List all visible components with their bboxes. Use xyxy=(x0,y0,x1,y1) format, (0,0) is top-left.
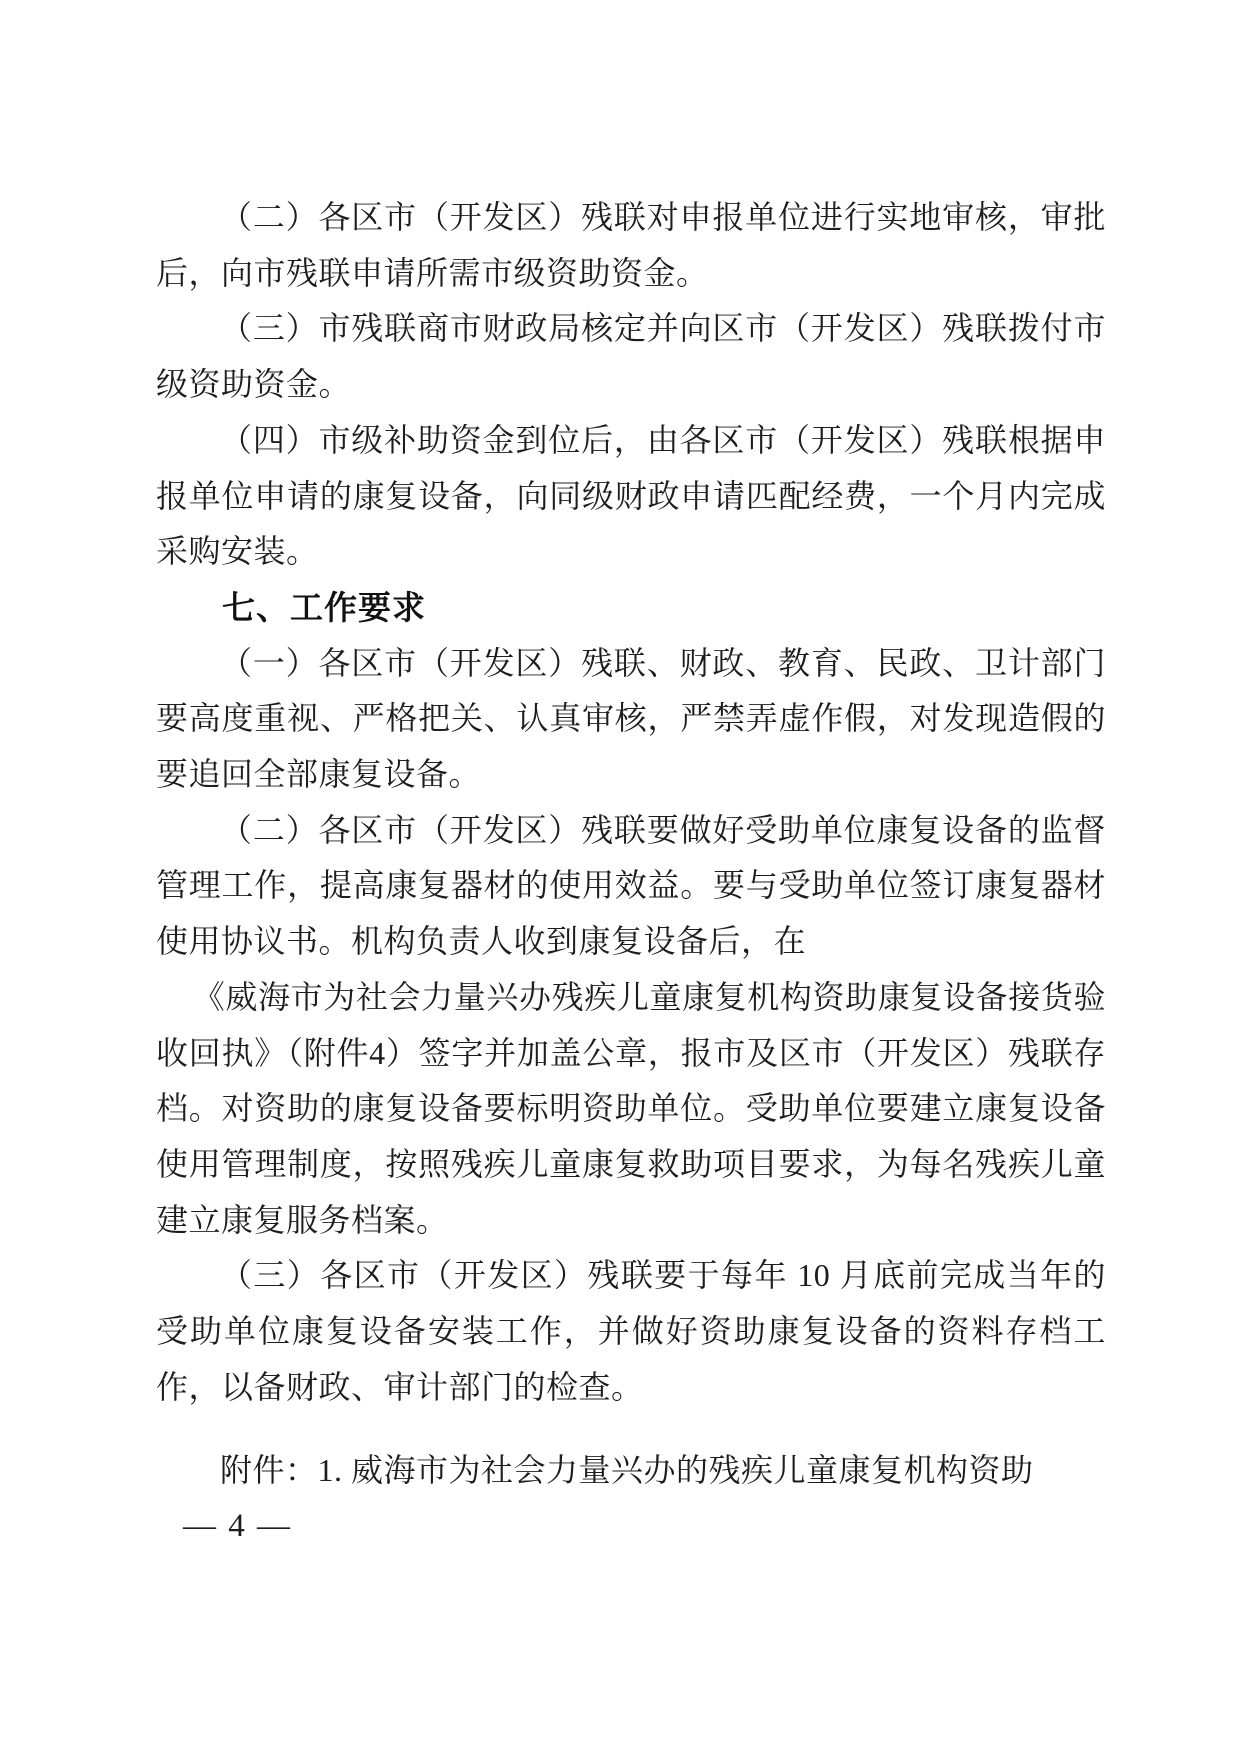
document-body: （二）各区市（开发区）残联对申报单位进行实地审核，审批后，向市残联申请所需市级资… xyxy=(156,190,1106,1499)
attachment-list-line: 附件：1. 威海市为社会力量兴办的残疾儿童康复机构资助 xyxy=(156,1443,1106,1499)
page-number: — 4 — xyxy=(183,1506,292,1546)
paragraph-requirement-2: （二）各区市（开发区）残联要做好受助单位康复设备的监督管理工作，提高康复器材的使… xyxy=(156,803,1106,970)
paragraph-item-4: （四）市级补助资金到位后，由各区市（开发区）残联根据申报单位申请的康复设备，向同… xyxy=(156,413,1106,580)
paragraph-item-2: （二）各区市（开发区）残联对申报单位进行实地审核，审批后，向市残联申请所需市级资… xyxy=(156,190,1106,301)
paragraph-requirement-1: （一）各区市（开发区）残联、财政、教育、民政、卫计部门要高度重视、严格把关、认真… xyxy=(156,636,1106,803)
paragraph-receipt-clause: 《威海市为社会力量兴办残疾儿童康复机构资助康复设备接货验收回执》（附件4）签字并… xyxy=(156,970,1106,1249)
paragraph-item-3: （三）市残联商市财政局核定并向区市（开发区）残联拨付市级资助资金。 xyxy=(156,301,1106,412)
document-page: （二）各区市（开发区）残联对申报单位进行实地审核，审批后，向市残联申请所需市级资… xyxy=(0,0,1240,1754)
paragraph-requirement-3: （三）各区市（开发区）残联要于每年 10 月底前完成当年的受助单位康复设备安装工… xyxy=(156,1248,1106,1415)
section-heading-work-requirements: 七、工作要求 xyxy=(156,580,1106,636)
